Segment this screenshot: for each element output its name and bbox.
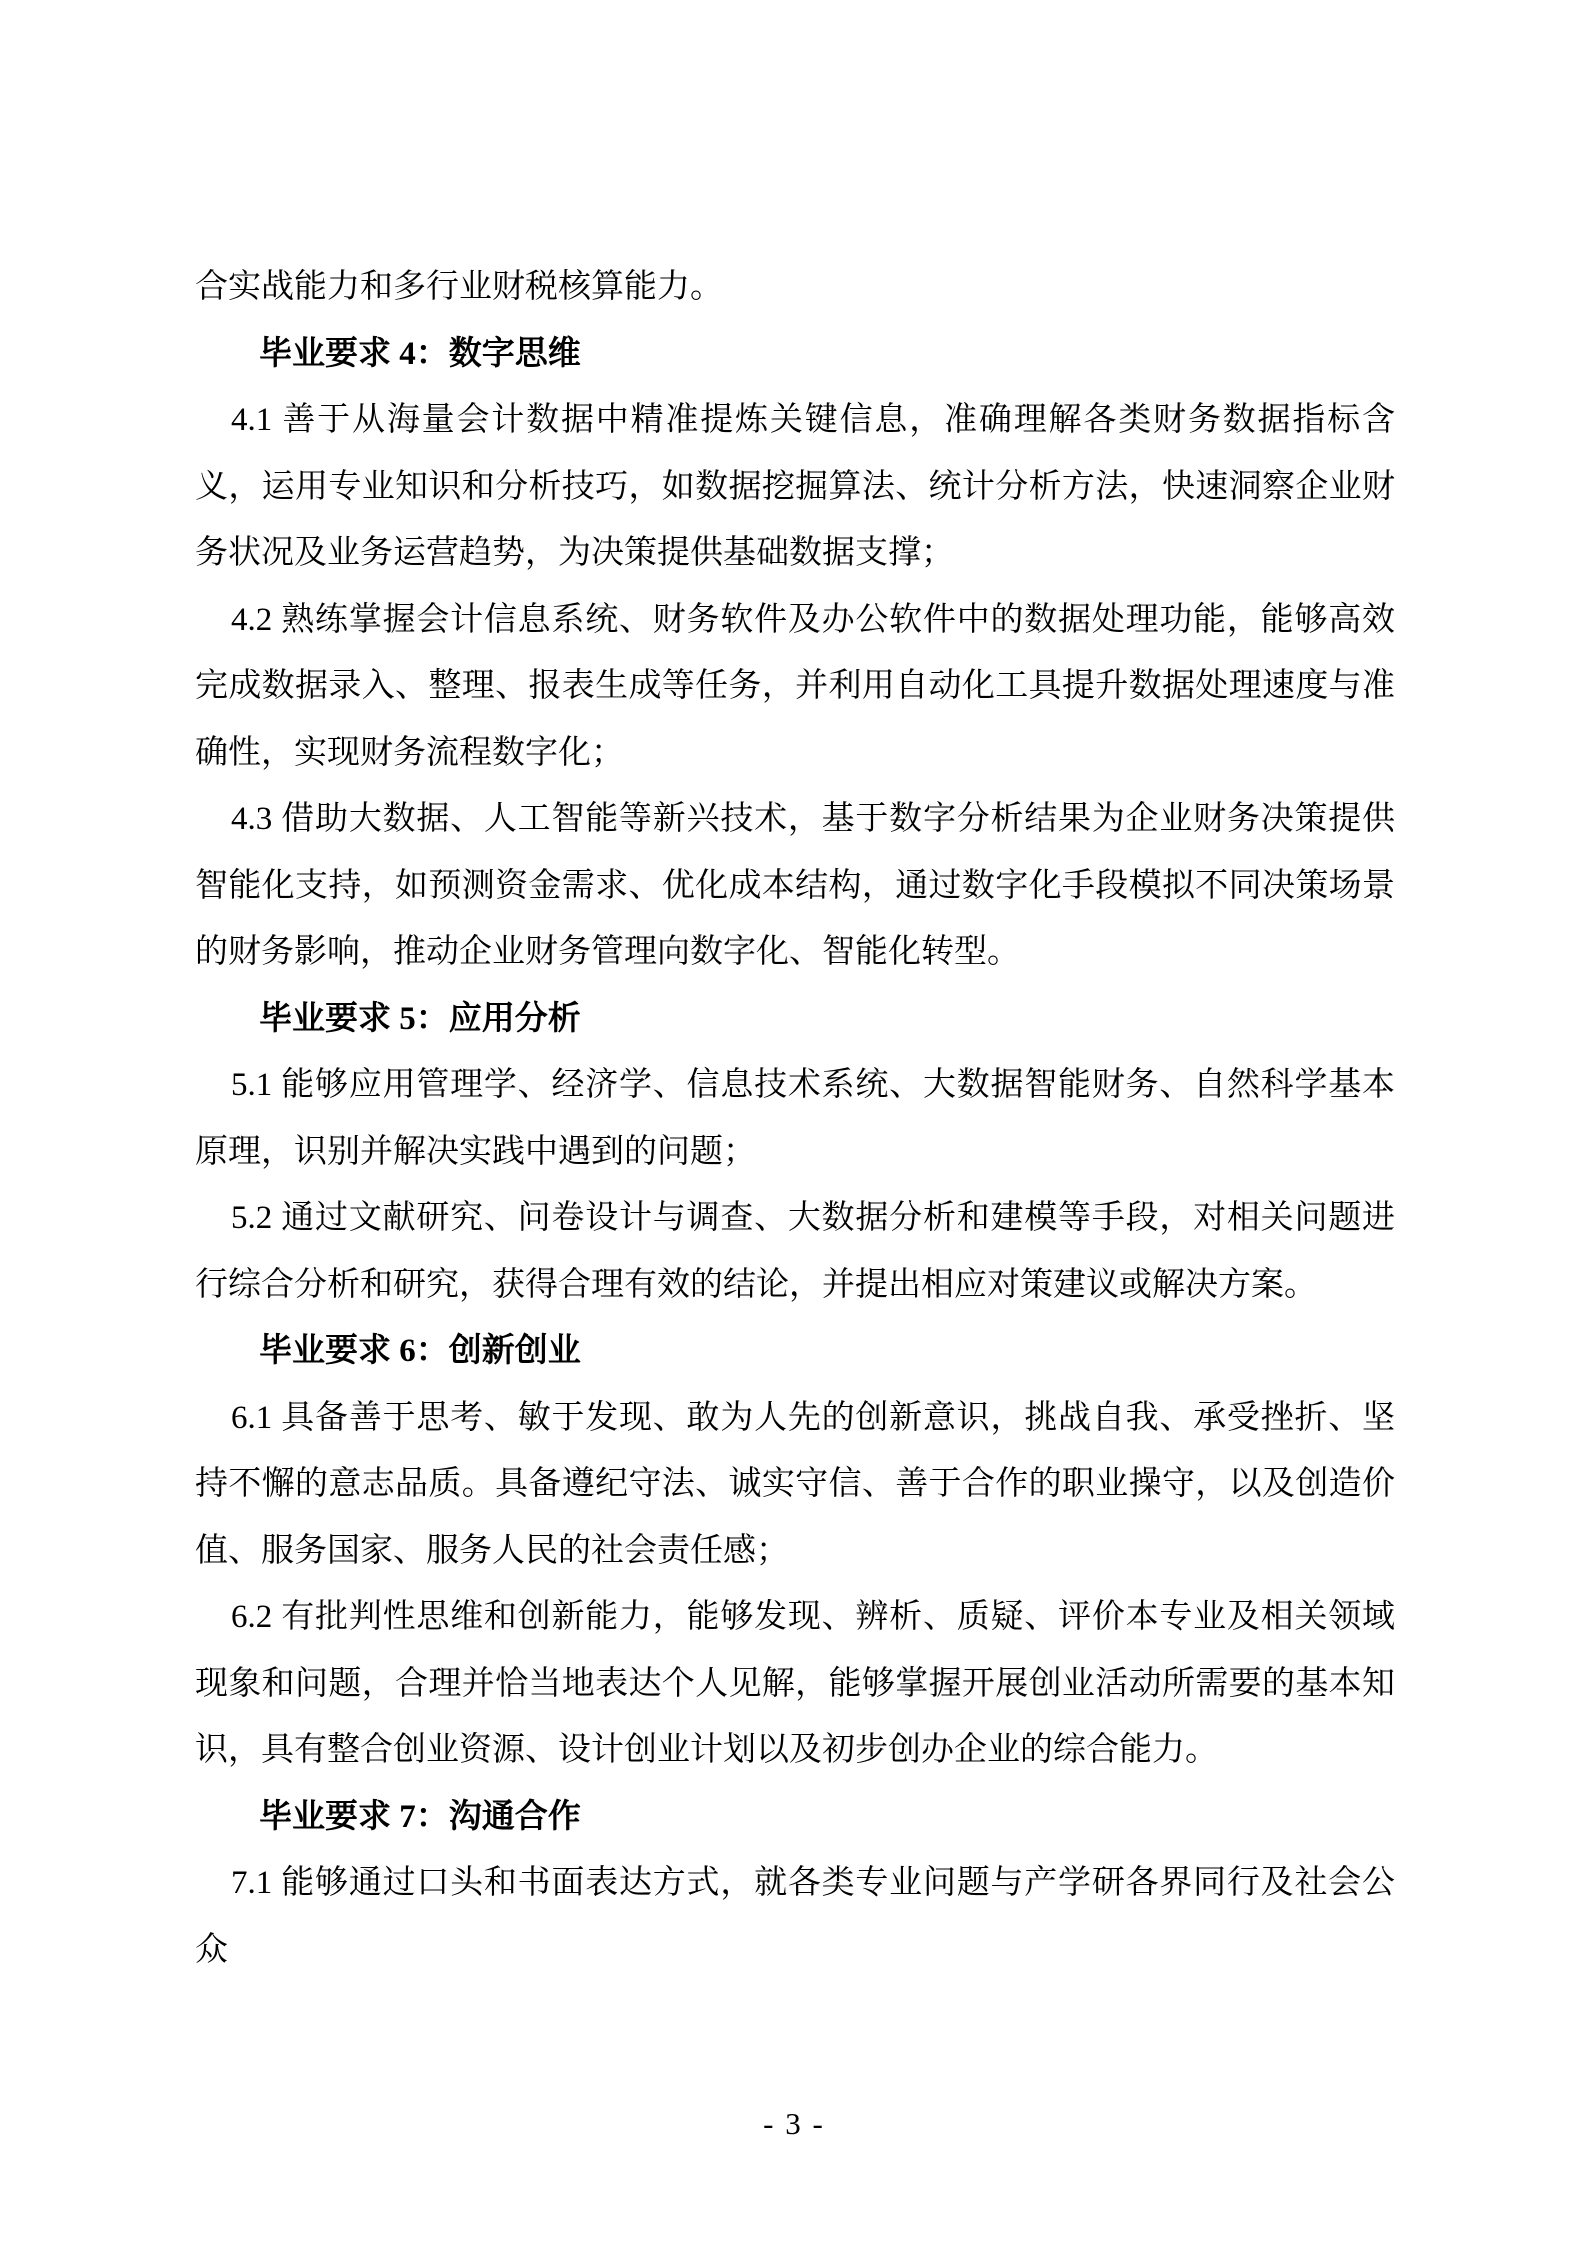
- document-page: 合实战能力和多行业财税核算能力。 毕业要求 4：数字思维 4.1 善于从海量会计…: [0, 0, 1588, 2245]
- body-paragraph-4-1: 4.1 善于从海量会计数据中精准提炼关键信息，准确理解各类财务数据指标含义，运用…: [195, 387, 1395, 587]
- body-paragraph-6-1: 6.1 具备善于思考、敏于发现、敢为人先的创新意识，挑战自我、承受挫折、坚持不懈…: [195, 1385, 1395, 1585]
- body-paragraph-5-1: 5.1 能够应用管理学、经济学、信息技术系统、大数据智能财务、自然科学基本原理，…: [195, 1052, 1395, 1185]
- heading-requirement-5: 毕业要求 5：应用分析: [195, 986, 1395, 1053]
- page-number: - 3 -: [0, 2104, 1588, 2144]
- continuation-paragraph: 合实战能力和多行业财税核算能力。: [195, 254, 1395, 321]
- body-paragraph-7-1: 7.1 能够通过口头和书面表达方式，就各类专业问题与产学研各界同行及社会公众: [195, 1850, 1395, 1983]
- body-paragraph-4-3: 4.3 借助大数据、人工智能等新兴技术，基于数字分析结果为企业财务决策提供智能化…: [195, 786, 1395, 986]
- heading-requirement-4: 毕业要求 4：数字思维: [195, 321, 1395, 388]
- body-paragraph-4-2: 4.2 熟练掌握会计信息系统、财务软件及办公软件中的数据处理功能，能够高效完成数…: [195, 587, 1395, 787]
- body-paragraph-5-2: 5.2 通过文献研究、问卷设计与调查、大数据分析和建模等手段，对相关问题进行综合…: [195, 1185, 1395, 1318]
- heading-requirement-7: 毕业要求 7：沟通合作: [195, 1784, 1395, 1851]
- heading-requirement-6: 毕业要求 6：创新创业: [195, 1318, 1395, 1385]
- body-paragraph-6-2: 6.2 有批判性思维和创新能力，能够发现、辨析、质疑、评价本专业及相关领域现象和…: [195, 1584, 1395, 1784]
- document-body: 合实战能力和多行业财税核算能力。 毕业要求 4：数字思维 4.1 善于从海量会计…: [195, 254, 1395, 1983]
